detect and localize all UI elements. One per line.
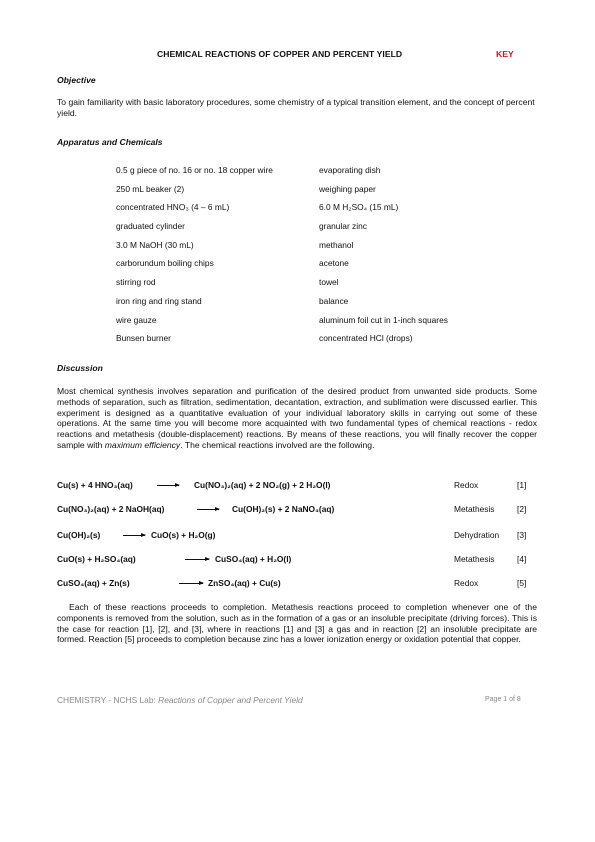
apparatus-item: graduated cylinder xyxy=(116,221,273,240)
reaction-products: Cu(OH)₂(s) + 2 NaNO₃(aq) xyxy=(232,504,334,514)
apparatus-item: methanol xyxy=(319,240,448,259)
page-number: Page 1 of 8 xyxy=(485,696,521,703)
discussion-text: Most chemical synthesis involves separat… xyxy=(57,386,537,451)
arrow-icon xyxy=(179,583,203,584)
arrow-icon xyxy=(157,485,179,486)
apparatus-item: Bunsen burner xyxy=(116,333,273,352)
apparatus-item: concentrated HNO₃ (4 – 6 mL) xyxy=(116,202,273,221)
apparatus-list-left: 0.5 g piece of no. 16 or no. 18 copper w… xyxy=(116,165,273,352)
arrow-icon xyxy=(185,559,209,560)
discussion-heading: Discussion xyxy=(57,363,103,373)
reaction-reactants: CuSO₄(aq) + Zn(s) xyxy=(57,578,130,588)
arrow-icon xyxy=(197,509,219,510)
reaction-reactants: Cu(s) + 4 HNO₃(aq) xyxy=(57,480,133,490)
reaction-number: [3] xyxy=(517,530,526,540)
apparatus-item: carborundum boiling chips xyxy=(116,258,273,277)
reaction-2: Cu(NO₃)₂(aq) + 2 NaOH(aq) Cu(OH)₂(s) + 2… xyxy=(57,504,537,516)
reaction-reactants: Cu(OH)₂(s) xyxy=(57,530,100,540)
objective-heading: Objective xyxy=(57,75,96,85)
footer-left: CHEMISTRY - NCHS Lab: Reactions of Coppe… xyxy=(57,695,303,705)
apparatus-heading: Apparatus and Chemicals xyxy=(57,137,163,147)
reaction-4: CuO(s) + H₂SO₄(aq) CuSO₄(aq) + H₂O(l) Me… xyxy=(57,554,537,566)
apparatus-item: towel xyxy=(319,277,448,296)
reaction-type: Metathesis xyxy=(454,504,495,514)
apparatus-item: 250 mL beaker (2) xyxy=(116,184,273,203)
reaction-number: [5] xyxy=(517,578,526,588)
apparatus-item: concentrated HCl (drops) xyxy=(319,333,448,352)
apparatus-item: 3.0 M NaOH (30 mL) xyxy=(116,240,273,259)
arrow-icon xyxy=(123,535,145,536)
reaction-products: ZnSO₄(aq) + Cu(s) xyxy=(208,578,281,588)
objective-text: To gain familiarity with basic laborator… xyxy=(57,97,537,119)
reaction-type: Dehydration xyxy=(454,530,499,540)
reaction-number: [1] xyxy=(517,480,526,490)
reaction-5: CuSO₄(aq) + Zn(s) ZnSO₄(aq) + Cu(s) Redo… xyxy=(57,578,537,590)
reaction-reactants: CuO(s) + H₂SO₄(aq) xyxy=(57,554,136,564)
apparatus-item: 0.5 g piece of no. 16 or no. 18 copper w… xyxy=(116,165,273,184)
reaction-type: Redox xyxy=(454,480,478,490)
reaction-type: Metathesis xyxy=(454,554,495,564)
reaction-products: CuO(s) + H₂O(g) xyxy=(151,530,215,540)
apparatus-list-right: evaporating dish weighing paper 6.0 M H₂… xyxy=(319,165,448,352)
reaction-reactants: Cu(NO₃)₂(aq) + 2 NaOH(aq) xyxy=(57,504,164,514)
apparatus-item: iron ring and ring stand xyxy=(116,296,273,315)
reaction-number: [2] xyxy=(517,504,526,514)
reaction-products: Cu(NO₃)₂(aq) + 2 NO₂(g) + 2 H₂O(l) xyxy=(194,480,330,490)
reaction-number: [4] xyxy=(517,554,526,564)
apparatus-item: aluminum foil cut in 1-inch squares xyxy=(319,315,448,334)
key-label: KEY xyxy=(496,49,514,59)
apparatus-item: acetone xyxy=(319,258,448,277)
apparatus-item: wire gauze xyxy=(116,315,273,334)
reaction-1: Cu(s) + 4 HNO₃(aq) Cu(NO₃)₂(aq) + 2 NO₂(… xyxy=(57,480,537,492)
reaction-type: Redox xyxy=(454,578,478,588)
reaction-products: CuSO₄(aq) + H₂O(l) xyxy=(215,554,291,564)
apparatus-item: stirring rod xyxy=(116,277,273,296)
reaction-3: Cu(OH)₂(s) CuO(s) + H₂O(g) Dehydration [… xyxy=(57,530,537,542)
apparatus-item: granular zinc xyxy=(319,221,448,240)
discussion-closing: Each of these reactions proceeds to comp… xyxy=(57,602,537,645)
apparatus-item: balance xyxy=(319,296,448,315)
apparatus-item: evaporating dish xyxy=(319,165,448,184)
apparatus-item: weighing paper xyxy=(319,184,448,203)
apparatus-item: 6.0 M H₂SO₄ (15 mL) xyxy=(319,202,448,221)
